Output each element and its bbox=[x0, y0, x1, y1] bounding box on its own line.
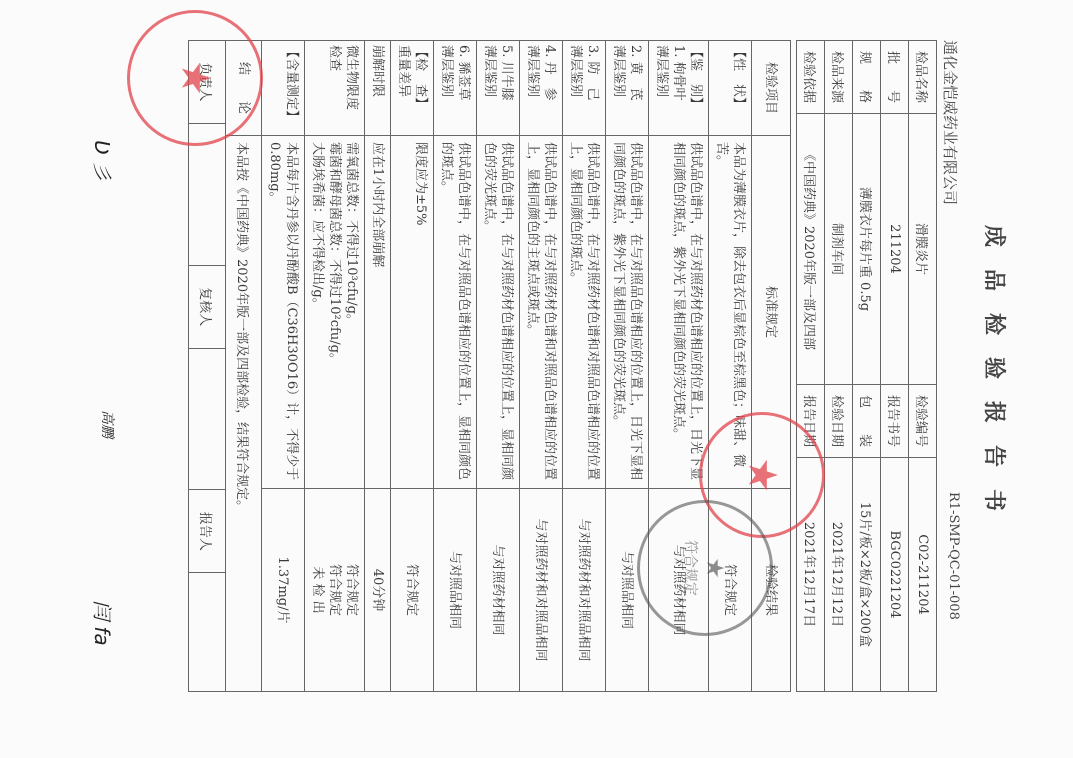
header-label: 报告书号 bbox=[881, 385, 909, 458]
table-row: 3. 防 己 薄层鉴别供试品色谱中，在与对照药材色谱和对照品色谱相应的位置上，显… bbox=[563, 41, 606, 692]
row-item: 6. 豨莶草 薄层鉴别 bbox=[434, 41, 477, 136]
row-result: 与对照品相同 bbox=[434, 489, 477, 692]
row-result: 40分钟 bbox=[365, 489, 391, 692]
header-label: 检验日期 bbox=[825, 385, 853, 458]
reviewer-label: 复核人 bbox=[189, 265, 225, 348]
table-row: 【含量测定】本品每片含丹参以丹酚酸B（C36H30O16）计，不得少于0.80m… bbox=[262, 41, 305, 692]
table-row: 4. 丹 参 薄层鉴别供试品色谱中，在与对照药材色谱和对照品色谱相应的位置上，显… bbox=[520, 41, 563, 692]
header-row: 检品名称滑膜炎片检验编号C02-211204 bbox=[909, 41, 937, 692]
scanned-document: 成品检验报告书 通化金恺威药业有限公司 R1-SMP-QC-01-008 检品名… bbox=[0, 0, 1073, 758]
header-value: 《中国药典》2020年版一部及四部 bbox=[797, 114, 825, 385]
header-label: 检验编号 bbox=[909, 385, 937, 458]
star-icon: ★ bbox=[701, 557, 729, 579]
row-item: 【性 状】 bbox=[709, 41, 752, 136]
conclusion-row: 结 论本品按《中国药典》2020年版一部及四部检验，结果符合规定。 bbox=[226, 41, 262, 692]
row-standard: 供试品色谱中，在与对照药材色谱相应的位置上，显相同颜色的荧光斑点。 bbox=[477, 136, 520, 489]
row-item: 5. 川牛膝 薄层鉴别 bbox=[477, 41, 520, 136]
col-item: 检验项目 bbox=[752, 41, 791, 136]
row-standard: 供试品色谱中，在与对照药材色谱和对照品色谱相应的位置上，显相同颜色的斑点。 bbox=[563, 136, 606, 489]
row-standard: 本品每片含丹参以丹酚酸B（C36H30O16）计，不得少于0.80mg。 bbox=[262, 136, 305, 489]
header-label: 检品名称 bbox=[909, 41, 937, 114]
row-result: 符合规定 符合规定 未 检 出 bbox=[305, 489, 365, 692]
red-quality-stamp: ★ bbox=[127, 10, 263, 146]
conclusion-text: 本品按《中国药典》2020年版一部及四部检验，结果符合规定。 bbox=[226, 136, 262, 692]
row-item: 【检 查】 重量差异 bbox=[391, 41, 434, 136]
row-item: 崩解时限 bbox=[365, 41, 391, 136]
row-item: 2. 黄 芪 薄层鉴别 bbox=[606, 41, 649, 136]
header-row: 规 格薄膜衣片每片重 0.5g包 装15片/板×2板/盒×200盒 bbox=[853, 41, 881, 692]
row-standard: 供试品色谱中，在与对照品色谱相应的位置上，日光下显相同颜色的斑点，紫外光下显相同… bbox=[606, 136, 649, 489]
row-result: 与对照药材和对照品相同 bbox=[520, 489, 563, 692]
form-code: R1-SMP-QC-01-008 bbox=[946, 492, 961, 620]
row-item: 【含量测定】 bbox=[262, 41, 305, 136]
header-row: 检品来源制剂车间检验日期2021年12月12日 bbox=[825, 41, 853, 692]
row-item: 【鉴 别】 1. 枸骨叶 薄层鉴别 bbox=[649, 41, 709, 136]
table-row: 微生物限度 检查需氧菌总数：不得过10³cfu/g。 霉菌和酵母菌总数：不得过1… bbox=[305, 41, 365, 692]
header-label: 批 号 bbox=[881, 41, 909, 114]
row-result: 1.37mg/片 bbox=[262, 489, 305, 692]
reviewer-sign bbox=[189, 348, 225, 490]
table-row: 崩解时限应在1小时内全部崩解40分钟 bbox=[365, 41, 391, 692]
reporter-sign bbox=[189, 573, 225, 691]
header-row: 检验依据《中国药典》2020年版一部及四部报告日期2021年12月17日 bbox=[797, 41, 825, 692]
header-label: 检验依据 bbox=[797, 41, 825, 114]
company-name: 通化金恺威药业有限公司 bbox=[940, 40, 961, 205]
reviewer-signature: 高鹏 bbox=[98, 410, 118, 438]
header-table: 检品名称滑膜炎片检验编号C02-211204批 号211204报告书号BGC02… bbox=[796, 40, 937, 692]
reporter-label: 报告人 bbox=[189, 490, 225, 573]
header-value: 薄膜衣片每片重 0.5g bbox=[853, 114, 881, 385]
header-label: 规 格 bbox=[853, 41, 881, 114]
row-standard: 需氧菌总数：不得过10³cfu/g。 霉菌和酵母菌总数：不得过10²cfu/g。… bbox=[305, 136, 365, 489]
row-standard: 供试品色谱中，在与对照药材色谱和对照品色谱相应的位置上，显相同颜色的主斑点或斑点… bbox=[520, 136, 563, 489]
row-result: 与对照药材相同 bbox=[477, 489, 520, 692]
row-result: 符合规定 bbox=[391, 489, 434, 692]
header-value: 211204 bbox=[881, 114, 909, 385]
row-standard: 供试品色谱中，在与对照品色谱相应的位置上，显相同颜色的斑点。 bbox=[434, 136, 477, 489]
header-value: 滑膜炎片 bbox=[909, 114, 937, 385]
table-row: 5. 川牛膝 薄层鉴别供试品色谱中，在与对照药材色谱相应的位置上，显相同颜色的荧… bbox=[477, 41, 520, 692]
report-page: 成品检验报告书 通化金恺威药业有限公司 R1-SMP-QC-01-008 检品名… bbox=[0, 0, 1073, 758]
gray-qc-stamp: ★ 符合规定 bbox=[637, 500, 773, 636]
row-item: 4. 丹 参 薄层鉴别 bbox=[520, 41, 563, 136]
row-standard: 限度应为±5% bbox=[391, 136, 434, 489]
header-value: 2021年12月12日 bbox=[825, 458, 853, 692]
header-value: BGC0221204 bbox=[881, 458, 909, 692]
header-row: 批 号211204报告书号BGC0221204 bbox=[881, 41, 909, 692]
gray-stamp-label: 符合规定 bbox=[681, 540, 701, 596]
header-label: 检品来源 bbox=[825, 41, 853, 114]
table-row: 6. 豨莶草 薄层鉴别供试品色谱中，在与对照品色谱相应的位置上，显相同颜色的斑点… bbox=[434, 41, 477, 692]
header-value: 制剂车间 bbox=[825, 114, 853, 385]
header-value: 15片/板×2板/盒×200盒 bbox=[853, 458, 881, 692]
table-row: 【检 查】 重量差异限度应为±5%符合规定 bbox=[391, 41, 434, 692]
row-item: 3. 防 己 薄层鉴别 bbox=[563, 41, 606, 136]
row-standard: 应在1小时内全部崩解 bbox=[365, 136, 391, 489]
row-item: 微生物限度 检查 bbox=[305, 41, 365, 136]
row-result: 与对照药材和对照品相同 bbox=[563, 489, 606, 692]
header-label: 包 装 bbox=[853, 385, 881, 458]
responsible-signature: Ʋ 彡 bbox=[89, 140, 118, 181]
report-title: 成品检验报告书 bbox=[980, 0, 1011, 758]
header-value: C02-211204 bbox=[909, 458, 937, 692]
row-standard: 供试品色谱中，在与对照药材色谱相应的位置上，日光下显相同颜色的斑点，紫外光下显相… bbox=[649, 136, 709, 489]
reporter-signature: 闫 fa bbox=[89, 600, 118, 646]
